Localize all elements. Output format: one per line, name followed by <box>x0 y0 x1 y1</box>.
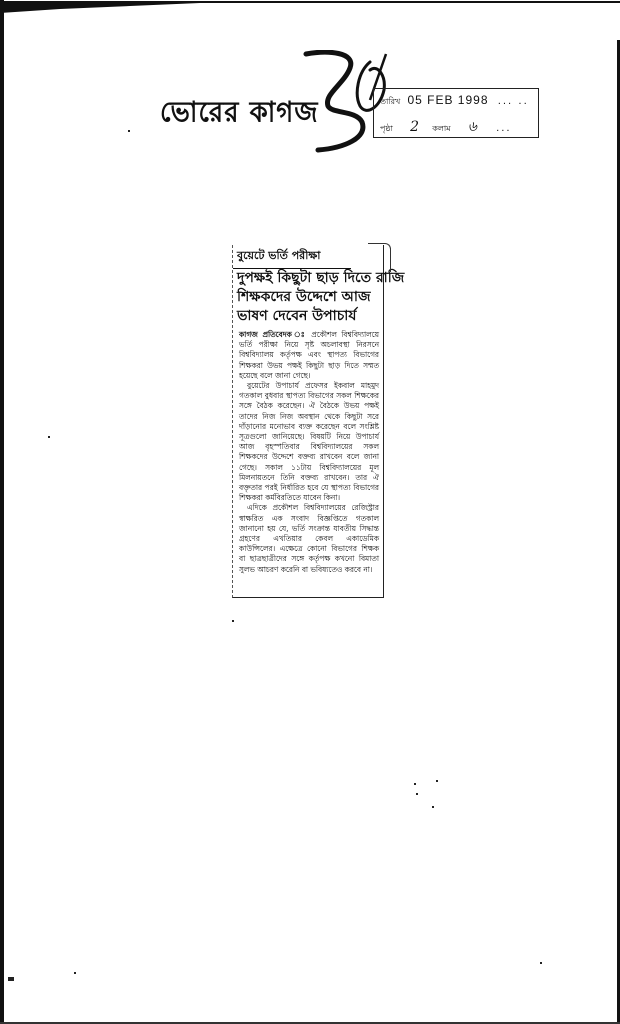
stamp-column-value: ৬ <box>468 119 477 135</box>
torn-corner <box>368 243 391 272</box>
article-paragraph: বুয়েটের উপাচার্য প্রফেসর ইকবাল মাহমুদ গ… <box>239 381 379 503</box>
scan-speck <box>432 806 434 808</box>
scan-speck <box>414 783 416 785</box>
scan-speck <box>232 620 234 622</box>
stamp-page-value: 2 <box>410 119 419 135</box>
scan-speck <box>48 436 50 438</box>
scan-edge-left <box>0 0 4 1024</box>
headline-line: শিক্ষকদের উদ্দেশে আজ <box>237 288 379 307</box>
stamp-column-trailing: ... <box>496 123 512 134</box>
news-clipping: বুয়েটে ভর্তি পরীক্ষা দুপক্ষই কিছুটা ছাড… <box>232 245 384 598</box>
scan-speck <box>74 972 76 974</box>
stamp-page-label: পৃষ্ঠা <box>380 124 393 133</box>
scan-edge-top <box>0 0 620 14</box>
stamp-date-trailing: ... .. <box>498 96 529 107</box>
date-stamp: তারিখ 05 FEB 1998 ... .. পৃষ্ঠা 2 কলাম ৬… <box>373 88 539 138</box>
clipping-headline: দুপক্ষই কিছুটা ছাড় দিতে রাজি শিক্ষকদের … <box>233 269 383 326</box>
clipping-kicker: বুয়েটে ভর্তি পরীক্ষা <box>233 245 351 269</box>
headline-line: ভাষণ দেবেন উপাচার্য <box>237 307 379 326</box>
scan-speck <box>8 977 14 981</box>
article-paragraph: এদিকে প্রকৌশল বিশ্ববিদ্যালয়ের রেজিস্ট্র… <box>239 503 379 574</box>
stamp-date-row: তারিখ 05 FEB 1998 ... .. <box>380 93 529 109</box>
scan-speck <box>540 962 542 964</box>
byline: কাগজ প্রতিবেদক ঃ <box>239 330 307 339</box>
stamp-date-value: 05 FEB 1998 <box>407 93 488 107</box>
scan-speck <box>416 793 418 795</box>
scan-speck <box>128 130 130 132</box>
newspaper-masthead: ভোরের কাগজ <box>160 90 319 138</box>
article-paragraph: কাগজ প্রতিবেদক ঃ প্রকৌশল বিশ্ববিদ্যালয়ে… <box>239 330 379 381</box>
headline-line: দুপক্ষই কিছুটা ছাড় দিতে রাজি <box>237 269 379 288</box>
clipping-body: কাগজ প্রতিবেদক ঃ প্রকৌশল বিশ্ববিদ্যালয়ে… <box>233 326 383 575</box>
scan-speck <box>436 780 438 782</box>
stamp-column-label: কলাম <box>432 124 450 133</box>
stamp-page-row: পৃষ্ঠা 2 কলাম ৬ ... <box>380 115 512 139</box>
stamp-date-label: তারিখ <box>380 97 400 106</box>
